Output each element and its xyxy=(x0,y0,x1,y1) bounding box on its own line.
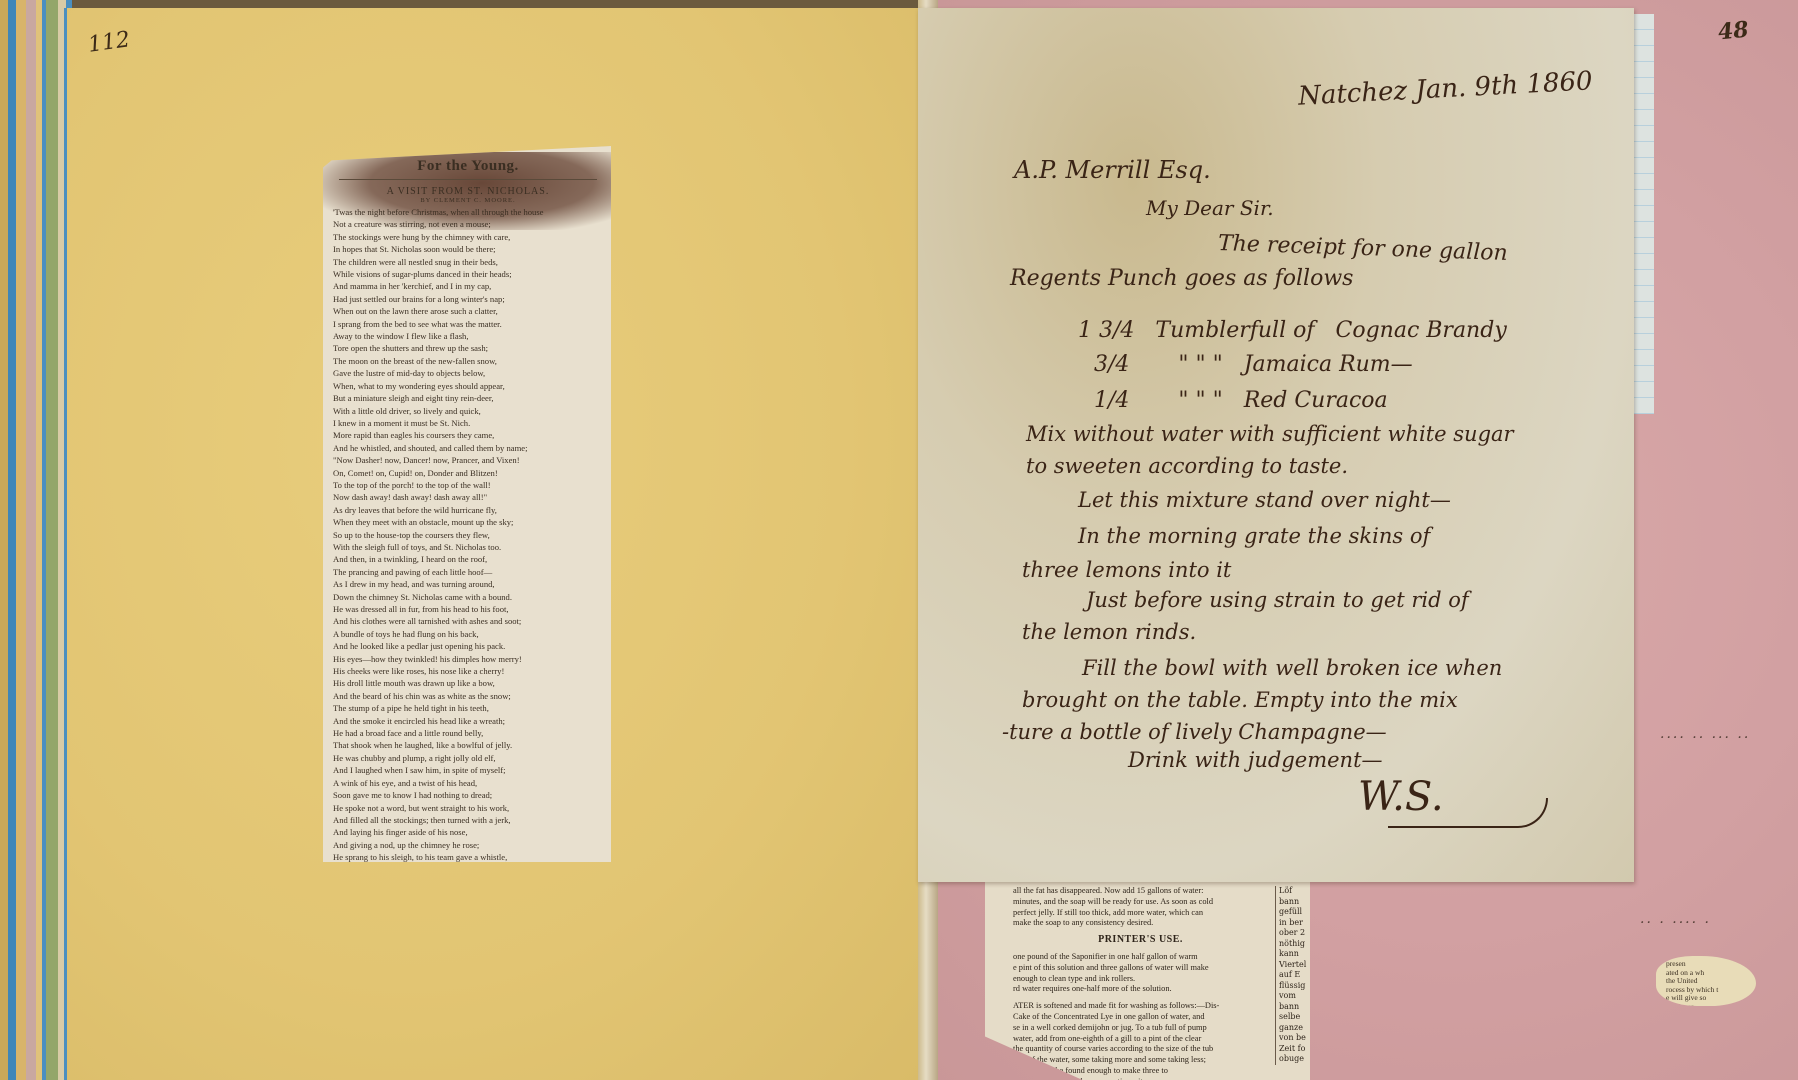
poem-line: He was chubby and plump, a right jolly o… xyxy=(333,752,603,764)
poem-line: And laying his finger aside of his nose, xyxy=(333,826,603,838)
poem-line: His cheeks were like roses, his nose lik… xyxy=(333,665,603,677)
news-line: gefüll xyxy=(1279,907,1310,918)
poem-line: And the smoke it encircled his head like… xyxy=(333,715,603,727)
poem-line: I knew in a moment it must be St. Nich. xyxy=(333,417,603,429)
poem-line: While visions of sugar-plums danced in t… xyxy=(333,268,603,280)
news-line: ture of the water, some taking more and … xyxy=(1013,1055,1268,1066)
news-line: make the soap to any consistency desired… xyxy=(1013,918,1268,929)
news-line: selbe xyxy=(1279,1012,1310,1023)
poem-line: Gave the lustre of mid-day to objects be… xyxy=(333,367,603,379)
poem-clipping: For the Young. A VISIT FROM ST. NICHOLAS… xyxy=(323,146,611,862)
poem-line: In hopes that St. Nicholas soon would be… xyxy=(333,243,603,255)
poem-line: That shook when he laughed, like a bowlf… xyxy=(333,739,603,751)
news-line: ATER is softened and made fit for washin… xyxy=(1013,1001,1268,1012)
news-line: Viertel xyxy=(1279,960,1310,971)
news-side-column: Löfbanngefüllin berober 2nöthigkannViert… xyxy=(1275,886,1310,1065)
poem-line: More rapid than eagles his coursers they… xyxy=(333,429,603,441)
news-line: nöthig xyxy=(1279,939,1310,950)
poem-line: Away to the window I flew like a flash, xyxy=(333,330,603,342)
poem-line: He sprang to his sleigh, to his team gav… xyxy=(333,851,603,863)
news-line: rd water requires one-half more of the s… xyxy=(1013,984,1268,995)
poem-line: When out on the lawn there arose such a … xyxy=(333,305,603,317)
ingredient-row: 1/4 " " " Red Curacoa xyxy=(1094,388,1388,413)
poem-line: As I drew in my head, and was turning ar… xyxy=(333,578,603,590)
poem-line: And giving a nod, up the chimney he rose… xyxy=(333,839,603,851)
poem-line: Soon gave me to know I had nothing to dr… xyxy=(333,789,603,801)
poem-line: And then, in a twinkling, I heard on the… xyxy=(333,553,603,565)
newspaper-scrap: presenated on a whthe Unitedrocess by wh… xyxy=(1656,956,1756,1006)
poem-byline: BY CLEMENT C. MOORE. xyxy=(333,197,603,204)
news-line: auf E xyxy=(1279,970,1310,981)
news-line: vom xyxy=(1279,991,1310,1002)
letter-intro: Regents Punch goes as follows xyxy=(1010,266,1353,291)
poem-line: The stockings were hung by the chimney w… xyxy=(333,231,603,243)
poem-line: And he looked like a pedlar just opening… xyxy=(333,640,603,652)
letter-line: to sweeten according to taste. xyxy=(1026,454,1348,478)
poem-line: Not a creature was stirring, not even a … xyxy=(333,218,603,230)
right-page-number: 48 xyxy=(1717,16,1750,45)
letter-line: brought on the table. Empty into the mix xyxy=(1022,688,1458,712)
news-column: all the fat has disappeared. Now add 15 … xyxy=(1013,886,1268,1080)
letter-dateline: Natchez Jan. 9th 1860 xyxy=(1297,66,1593,111)
news-line: obuge xyxy=(1279,1054,1310,1065)
scrapbook-spread: 112 For the Young. A VISIT FROM ST. NICH… xyxy=(0,0,1798,1080)
ingredient-row: 3/4 " " " Jamaica Rum— xyxy=(1094,352,1413,377)
news-line: Zeit fo xyxy=(1279,1044,1310,1055)
news-line: in ber xyxy=(1279,918,1310,929)
poem-line: 'Twas the night before Christmas, when a… xyxy=(333,206,603,218)
poem-line: On, Comet! on, Cupid! on, Donder and Bli… xyxy=(333,467,603,479)
poem-line: And mamma in her 'kerchief, and I in my … xyxy=(333,280,603,292)
poem-line: He was dressed all in fur, from his head… xyxy=(333,603,603,615)
news-line: bann xyxy=(1279,1002,1310,1013)
poem-line: And the beard of his chin was as white a… xyxy=(333,690,603,702)
poem-line: A wink of his eye, and a twist of his he… xyxy=(333,777,603,789)
news-line: one pound of the Saponifier in one half … xyxy=(1013,952,1268,963)
news-line: von be xyxy=(1279,1033,1310,1044)
news-line: ober 2 xyxy=(1279,928,1310,939)
poem-line: And filled all the stockings; then turne… xyxy=(333,814,603,826)
poem-line: A bundle of toys he had flung on his bac… xyxy=(333,628,603,640)
news-line: enough to clean type and ink rollers. xyxy=(1013,974,1268,985)
poem-line: His droll little mouth was drawn up like… xyxy=(333,677,603,689)
news-paragraph: one pound of the Saponifier in one half … xyxy=(1013,952,1268,995)
newspaper-clipping: all the fat has disappeared. Now add 15 … xyxy=(985,882,1310,1080)
poem-line: The prancing and pawing of each little h… xyxy=(333,566,603,578)
news-line: flüssig xyxy=(1279,981,1310,992)
poem-line: Now dash away! dash away! dash away all!… xyxy=(333,491,603,503)
poem-line: And I laughed when I saw him, in spite o… xyxy=(333,764,603,776)
news-line: kann xyxy=(1279,949,1310,960)
poem-line: So up to the house-top the coursers they… xyxy=(333,529,603,541)
poem-line: When, what to my wondering eyes should a… xyxy=(333,380,603,392)
poem-line: And his clothes were all tarnished with … xyxy=(333,615,603,627)
news-paragraph: all the fat has disappeared. Now add 15 … xyxy=(1013,886,1268,929)
letter-line: Mix without water with sufficient white … xyxy=(1026,422,1514,446)
faint-handwriting: ···· ·· ··· ·· xyxy=(1660,730,1750,746)
poem-line: But a miniature sleigh and eight tiny re… xyxy=(333,392,603,404)
poem-line: Had just settled our brains for a long w… xyxy=(333,293,603,305)
news-line: Cake of the Concentrated Lye in one gall… xyxy=(1013,1012,1268,1023)
handwritten-letter: Natchez Jan. 9th 1860 A.P. Merrill Esq. … xyxy=(918,8,1634,882)
poem-title: A VISIT FROM ST. NICHOLAS. xyxy=(333,186,603,197)
news-line: ganze xyxy=(1279,1023,1310,1034)
divider xyxy=(339,179,597,180)
letter-intro: The receipt for one gallon xyxy=(1218,231,1508,266)
poem-line: "Now Dasher! now, Dancer! now, Prancer, … xyxy=(333,454,603,466)
letter-line: -ture a bottle of lively Champagne— xyxy=(1002,720,1387,744)
letter-addressee: A.P. Merrill Esq. xyxy=(1014,156,1211,184)
letter-line: three lemons into it xyxy=(1022,558,1231,582)
poem-line: With the sleigh full of toys, and St. Ni… xyxy=(333,541,603,553)
news-line: water, add from one-eighth of a gill to … xyxy=(1013,1034,1268,1045)
news-line: se in a well corked demijohn or jug. To … xyxy=(1013,1023,1268,1034)
page-edges xyxy=(0,0,72,1080)
poem-line: The children were all nestled snug in th… xyxy=(333,256,603,268)
poem-line: His eyes—how they twinkled! his dimples … xyxy=(333,653,603,665)
letter-line: the lemon rinds. xyxy=(1022,620,1196,644)
poem-line: The stump of a pipe he held tight in his… xyxy=(333,702,603,714)
news-heading: PRINTER'S USE. xyxy=(1013,935,1268,946)
letter-line: Just before using strain to get rid of xyxy=(1086,588,1469,612)
poem-line: To the top of the porch! to the top of t… xyxy=(333,479,603,491)
faint-handwriting: ·· · ···· · xyxy=(1640,915,1711,931)
ingredient-row: 1 3/4 Tumblerfull of Cognac Brandy xyxy=(1078,318,1507,343)
poem-line: Down the chimney St. Nicholas came with … xyxy=(333,591,603,603)
poem-line: I sprang from the bed to see what was th… xyxy=(333,318,603,330)
poem-body: 'Twas the night before Christmas, when a… xyxy=(333,206,603,901)
news-line: perfect jelly. If still too thick, add m… xyxy=(1013,908,1268,919)
news-line: Löf xyxy=(1279,886,1310,897)
news-line: bann xyxy=(1279,897,1310,908)
letter-line: Fill the bowl with well broken ice when xyxy=(1082,656,1502,680)
poem-line: With a little old driver, so lively and … xyxy=(333,405,603,417)
news-line: the quantity of course varies according … xyxy=(1013,1044,1268,1055)
poem-line: When they meet with an obstacle, mount u… xyxy=(333,516,603,528)
letter-line: Drink with judgement— xyxy=(1128,748,1383,772)
news-line: all the fat has disappeared. Now add 15 … xyxy=(1013,886,1268,897)
news-line: e pint of this solution and three gallon… xyxy=(1013,963,1268,974)
poem-line: He spoke not a word, but went straight t… xyxy=(333,802,603,814)
news-line: minutes, and the soap will be ready for … xyxy=(1013,897,1268,908)
letter-line: Let this mixture stand over night— xyxy=(1078,488,1451,512)
poem-line: He had a broad face and a little round b… xyxy=(333,727,603,739)
poem-heading: For the Young. xyxy=(333,158,603,175)
poem-line: And he whistled, and shouted, and called… xyxy=(333,442,603,454)
letter-salutation: My Dear Sir. xyxy=(1146,196,1274,220)
poem-line: Tore open the shutters and threw up the … xyxy=(333,342,603,354)
signature-flourish xyxy=(1388,798,1548,828)
poem-line: As dry leaves that before the wild hurri… xyxy=(333,504,603,516)
letter-line: In the morning grate the skins of xyxy=(1078,524,1430,548)
poem-line: The moon on the breast of the new-fallen… xyxy=(333,355,603,367)
